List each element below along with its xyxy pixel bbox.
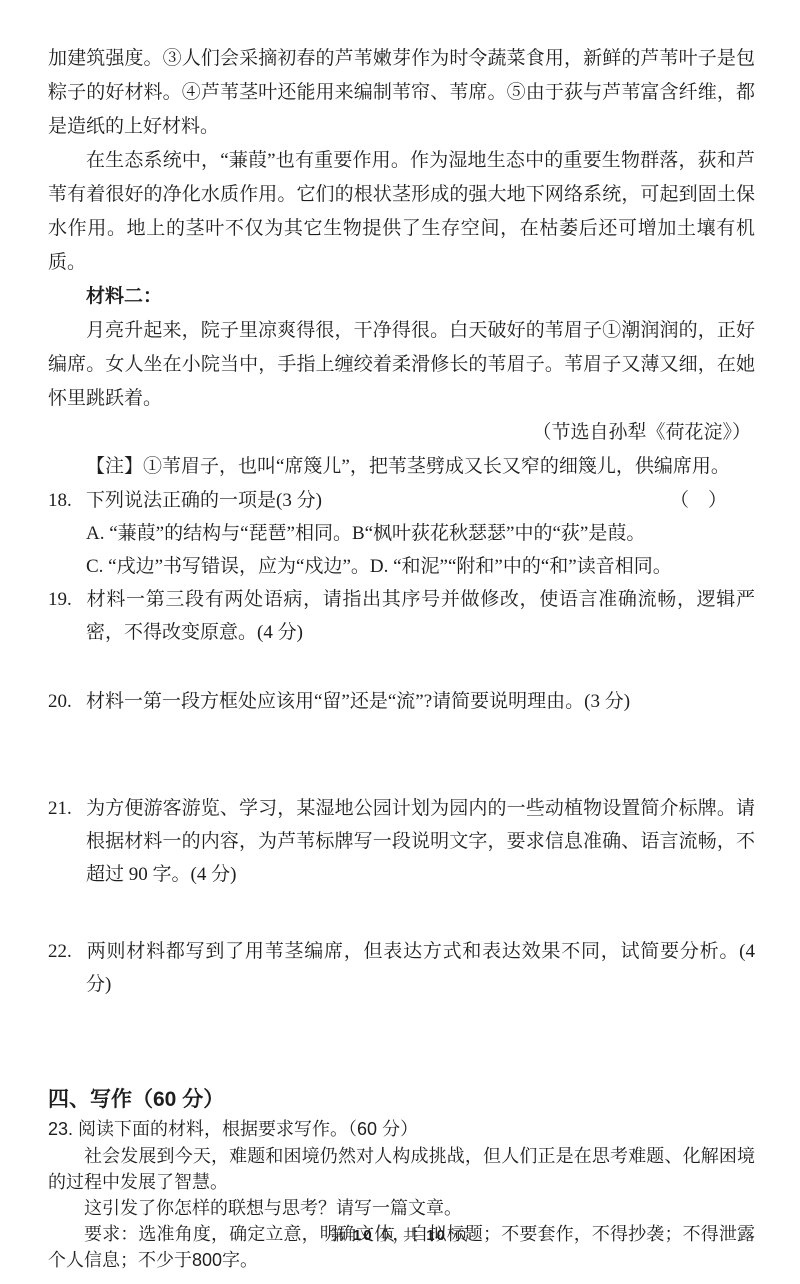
- material1-paragraph-ecosystem: 在生态系统中，“蒹葭”也有重要作用。作为湿地生态中的重要生物群落，荻和芦苇有着很…: [48, 144, 755, 280]
- footer-total-pages: 10: [426, 1227, 447, 1244]
- question-21-number: 21.: [48, 792, 86, 825]
- material1-paragraph-continued: 加建筑强度。③人们会采摘初春的芦苇嫩芽作为时令蔬菜食用，新鲜的芦苇叶子是包粽子的…: [48, 42, 755, 144]
- question-20: 20.材料一第一段方框处应该用“留”还是“流”?请简要说明理由。(3 分): [48, 685, 755, 718]
- question-22-number: 22.: [48, 935, 86, 968]
- question-18-stem: 18.下列说法正确的一项是(3 分) （ ）: [48, 484, 755, 517]
- footer-suffix: 页: [453, 1227, 470, 1244]
- question-23-number: 23.: [48, 1119, 73, 1139]
- page-footer: 第 10 页 共 10 页: [0, 1224, 800, 1245]
- question-19-number: 19.: [48, 583, 86, 616]
- question-18-number: 18.: [48, 484, 86, 517]
- material2-paragraph: 月亮升起来，院子里凉爽得很，干净得很。白天破好的苇眉子①潮润润的，正好编席。女人…: [48, 314, 755, 416]
- writing-prompt-paragraph: 社会发展到今天，难题和困境仍然对人构成挑战，但人们正是在思考难题、化解困境的过程…: [48, 1143, 755, 1195]
- question-21: 21.为方便游客游览、学习，某湿地公园计划为园内的一些动植物设置简介标牌。请根据…: [48, 792, 755, 891]
- writing-section-heading: 四、写作（60 分）: [48, 1085, 755, 1115]
- footer-mid: 页 共: [380, 1227, 420, 1244]
- question-20-number: 20.: [48, 685, 86, 718]
- footer-prefix: 第: [330, 1227, 347, 1244]
- question-18-options-ab: A. “蒹葭”的结构与“琵琶”相同。B“枫叶荻花秋瑟瑟”中的“荻”是葭。: [48, 517, 755, 550]
- material2-footnote: 【注】①苇眉子，也叫“席篾儿”，把苇茎劈成又长又窄的细篾儿，供编席用。: [48, 450, 755, 484]
- question-19-text: 材料一第三段有两处语病，请指出其序号并做修改，使语言准确流畅，逻辑严密，不得改变…: [86, 589, 755, 643]
- answer-bracket: （ ）: [670, 484, 727, 517]
- question-18: 18.下列说法正确的一项是(3 分) （ ） A. “蒹葭”的结构与“琵琶”相同…: [48, 484, 755, 583]
- question-22: 22.两则材料都写到了用苇茎编席，但表达方式和表达效果不同，试简要分析。(4 分…: [48, 935, 755, 1001]
- material2-source-attribution: （节选自孙犁《荷花淀》）: [48, 416, 755, 450]
- question-21-text: 为方便游客游览、学习，某湿地公园计划为园内的一些动植物设置简介标牌。请根据材料一…: [86, 798, 755, 885]
- exam-page: { "material1": { "para_continued": "加建筑强…: [0, 0, 800, 1284]
- question-18-text: 下列说法正确的一项是(3 分): [86, 490, 322, 511]
- material2-heading: 材料二：: [48, 280, 755, 314]
- question-20-text: 材料一第一段方框处应该用“留”还是“流”?请简要说明理由。(3 分): [86, 691, 630, 712]
- question-22-text: 两则材料都写到了用苇茎编席，但表达方式和表达效果不同，试简要分析。(4 分): [86, 941, 755, 995]
- writing-task-paragraph: 这引发了你怎样的联想与思考？请写一篇文章。: [48, 1195, 755, 1221]
- question-23: 23. 阅读下面的材料，根据要求写作。（60 分）: [48, 1115, 755, 1143]
- page-content: 加建筑强度。③人们会采摘初春的芦苇嫩芽作为时令蔬菜食用，新鲜的芦苇叶子是包粽子的…: [0, 0, 800, 1273]
- question-18-options-cd: C. “戌边”书写错误，应为“戍边”。D. “和泥”“附和”中的“和”读音相同。: [48, 550, 755, 583]
- footer-page-number: 10: [353, 1227, 374, 1244]
- question-23-text: 阅读下面的材料，根据要求写作。（60 分）: [78, 1119, 418, 1139]
- question-19: 19.材料一第三段有两处语病，请指出其序号并做修改，使语言准确流畅，逻辑严密，不…: [48, 583, 755, 649]
